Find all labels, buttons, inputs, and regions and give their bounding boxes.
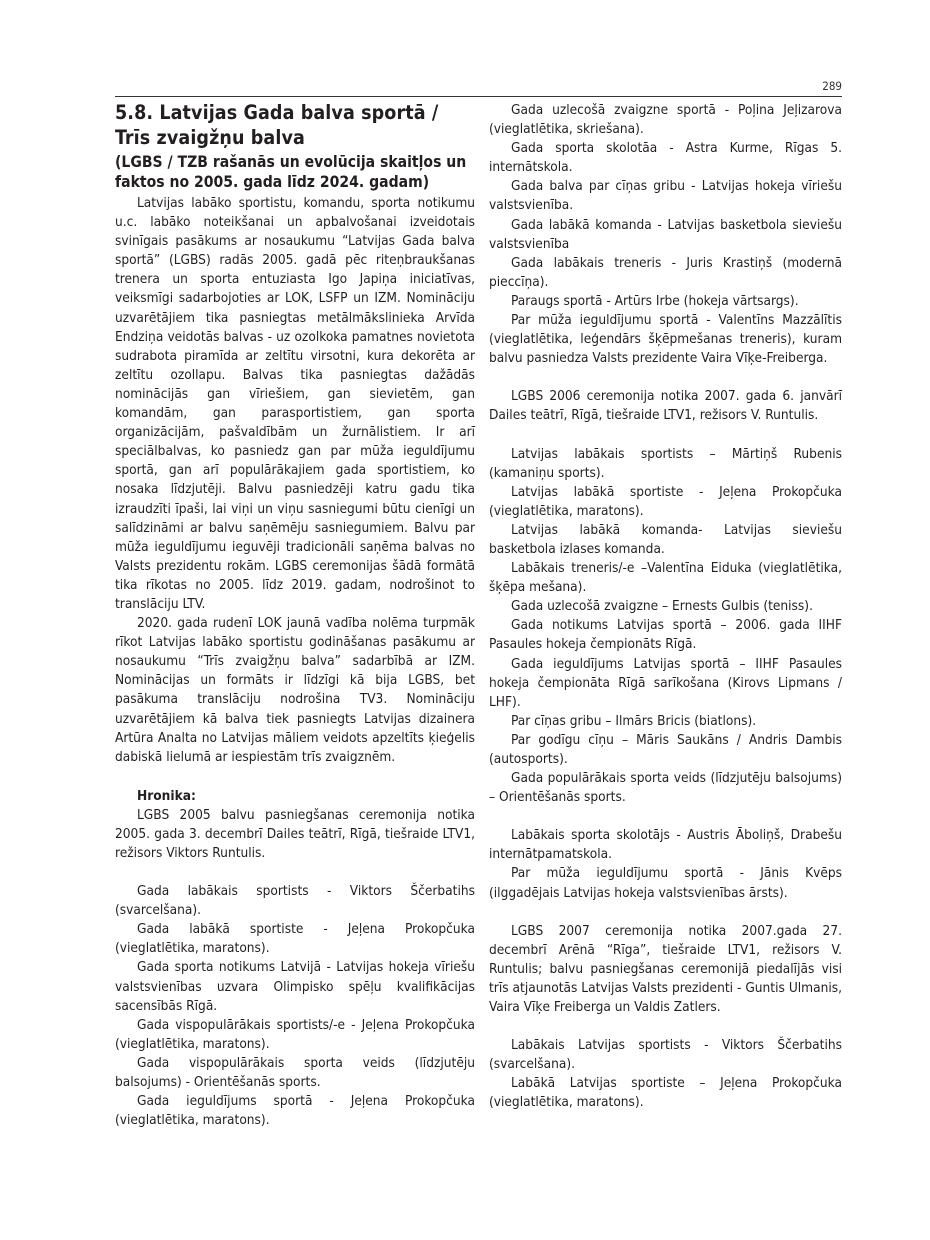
award-item: Gada sporta notikums Latvijā - Latvijas …	[115, 958, 475, 1015]
award-item: Gada sporta skolotāa - Astra Kurme, Rīga…	[489, 139, 842, 177]
header-rule	[115, 96, 842, 97]
award-item: Gada labākā sportiste - Jeļena Prokopčuk…	[115, 920, 475, 958]
intro-paragraph-1: Latvijas labāko sportistu, komandu, spor…	[115, 194, 475, 614]
award-item: Labākais treneris/-e –Valentīna Eiduka (…	[489, 559, 842, 597]
section-title-line-2: Trīs zvaigžņu balva	[115, 126, 475, 151]
award-item: Gada vispopulārākais sportists/-e - Jeļe…	[115, 1016, 475, 1054]
award-item: Gada labākā komanda - Latvijas basketbol…	[489, 216, 842, 254]
award-item: Latvijas labākā komanda- Latvijas sievie…	[489, 521, 842, 559]
page-number: 289	[822, 79, 842, 93]
award-item: Labākais Latvijas sportists - Viktors Šč…	[489, 1036, 842, 1074]
chronicle-2007-intro: LGBS 2007 ceremonija notika 2007.gada 27…	[489, 922, 842, 1017]
award-item: Labākā Latvijas sportiste – Jeļena Proko…	[489, 1074, 842, 1112]
section-subtitle: (LGBS / TZB rašanās un evolūcija skaitļo…	[115, 152, 475, 192]
award-item: Par mūža ieguldījumu sportā - Valentīns …	[489, 311, 842, 368]
chronicle-2006-intro: LGBS 2006 ceremonija notika 2007. gada 6…	[489, 387, 842, 425]
section-title-line-1: 5.8. Latvijas Gada balva sportā /	[115, 101, 475, 126]
award-item: Par mūža ieguldījumu sportā - Jānis Kvēp…	[489, 864, 842, 902]
left-column: 5.8. Latvijas Gada balva sportā / Trīs z…	[115, 101, 475, 1130]
award-item: Par godīgu cīņu – Māris Saukāns / Andris…	[489, 731, 842, 769]
award-item: Gada labākais treneris - Juris Krastiņš …	[489, 254, 842, 292]
award-item: Gada uzlecošā zvaigzne – Ernests Gulbis …	[489, 597, 842, 616]
award-item: Gada populārākais sporta veids (līdzjutē…	[489, 769, 842, 807]
section-title: 5.8. Latvijas Gada balva sportā / Trīs z…	[115, 101, 475, 150]
award-item: Labākais sporta skolotājs - Austris Ābol…	[489, 826, 842, 864]
award-item: Paraugs sportā - Artūrs Irbe (hokeja vār…	[489, 292, 842, 311]
award-item: Gada labākais sportists - Viktors Ščerba…	[115, 882, 475, 920]
award-item: Par cīņas gribu – Ilmārs Bricis (biatlon…	[489, 712, 842, 731]
intro-paragraph-2: 2020. gada rudenī LOK jaunā vadība nolēm…	[115, 614, 475, 767]
award-item: Gada ieguldījums Latvijas sportā – IIHF …	[489, 655, 842, 712]
award-item: Gada ieguldījums sportā - Jeļena Prokopč…	[115, 1092, 475, 1130]
award-item: Gada uzlecošā zvaigzne sportā - Poļina J…	[489, 101, 842, 139]
award-item: Latvijas labākā sportiste - Jeļena Proko…	[489, 483, 842, 521]
chronicle-heading: Hronika:	[115, 787, 475, 806]
award-item: Gada balva par cīņas gribu - Latvijas ho…	[489, 177, 842, 215]
award-item: Gada vispopulārākais sporta veids (līdzj…	[115, 1054, 475, 1092]
chronicle-2005-intro: LGBS 2005 balvu pasniegšanas ceremonija …	[115, 806, 475, 863]
award-item: Gada notikums Latvijas sportā – 2006. ga…	[489, 616, 842, 654]
award-item: Latvijas labākais sportists – Mārtiņš Ru…	[489, 445, 842, 483]
right-column: Gada uzlecošā zvaigzne sportā - Poļina J…	[489, 101, 842, 1113]
